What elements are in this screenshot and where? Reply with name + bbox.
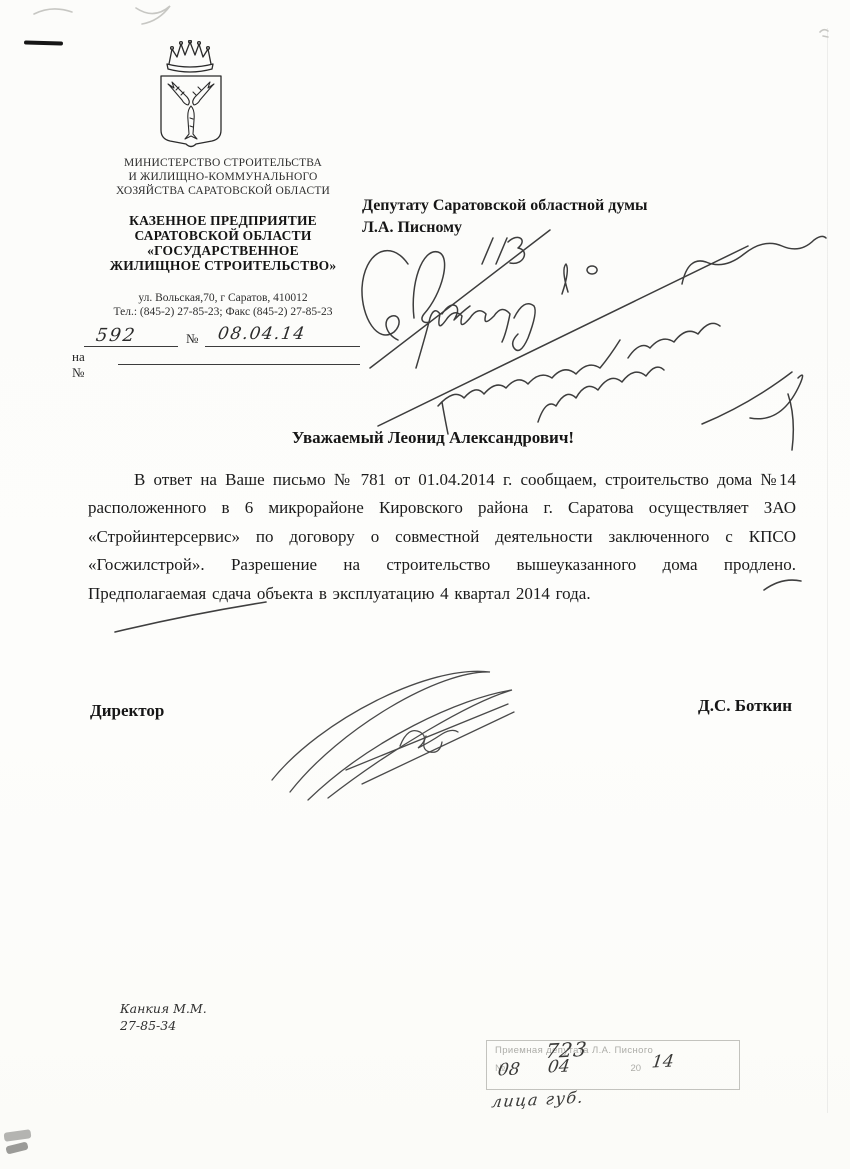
number-sign-label: № bbox=[186, 331, 198, 347]
signature-scribble bbox=[250, 650, 540, 810]
scan-smudge bbox=[5, 1141, 28, 1154]
executor-phone: 27-85-34 bbox=[120, 1017, 207, 1034]
executor-block: Канкия М.М. 27-85-34 bbox=[120, 1000, 207, 1034]
ministry-line: МИНИСТЕРСТВО СТРОИТЕЛЬСТВА bbox=[58, 156, 388, 170]
scan-smudge bbox=[4, 1129, 32, 1142]
stamp-year-text: 20 bbox=[630, 1063, 641, 1074]
ministry-line: И ЖИЛИЩНО-КОММУНАЛЬНОГО bbox=[58, 170, 388, 184]
ministry-line: ХОЗЯЙСТВА САРАТОВСКОЙ ОБЛАСТИ bbox=[58, 184, 388, 198]
stamp-text-line1: Приемная депутата Л.А. Писного bbox=[495, 1045, 731, 1056]
stamp-handwritten-year: 14 bbox=[651, 1051, 675, 1072]
number-underline bbox=[84, 345, 178, 347]
scanned-letter-page: МИНИСТЕРСТВО СТРОИТЕЛЬСТВА И ЖИЛИЩНО-КОМ… bbox=[0, 0, 850, 1169]
faint-pen-marks bbox=[0, 0, 850, 40]
stamp-handwritten-day: 08 bbox=[497, 1059, 521, 1080]
stamp-text-line2: № 20 bbox=[495, 1063, 731, 1074]
signer-name: Д.С. Боткин bbox=[660, 696, 792, 716]
ministry-name: МИНИСТЕРСТВО СТРОИТЕЛЬСТВА И ЖИЛИЩНО-КОМ… bbox=[58, 156, 388, 198]
signer-title: Директор bbox=[90, 701, 164, 721]
reply-underline bbox=[118, 363, 360, 365]
salutation: Уважаемый Леонид Александрович! bbox=[88, 428, 778, 448]
stamp-handwritten-month: 04 bbox=[547, 1056, 571, 1077]
pen-strokes bbox=[0, 560, 850, 650]
outgoing-number-handwritten: 592 bbox=[95, 325, 138, 346]
executor-name: Канкия М.М. bbox=[120, 1000, 207, 1017]
recipient-line: Депутату Саратовской областной думы bbox=[362, 195, 782, 217]
coat-of-arms-icon bbox=[154, 40, 228, 150]
reply-to-label: на № bbox=[72, 349, 85, 381]
scan-artifact-dash bbox=[24, 40, 63, 45]
outgoing-date-handwritten: 08.04.14 bbox=[217, 324, 308, 344]
reception-stamp-box: Приемная депутата Л.А. Писного № 20 bbox=[486, 1040, 740, 1090]
stamp-handwritten-note: лица губ. bbox=[490, 1088, 585, 1112]
